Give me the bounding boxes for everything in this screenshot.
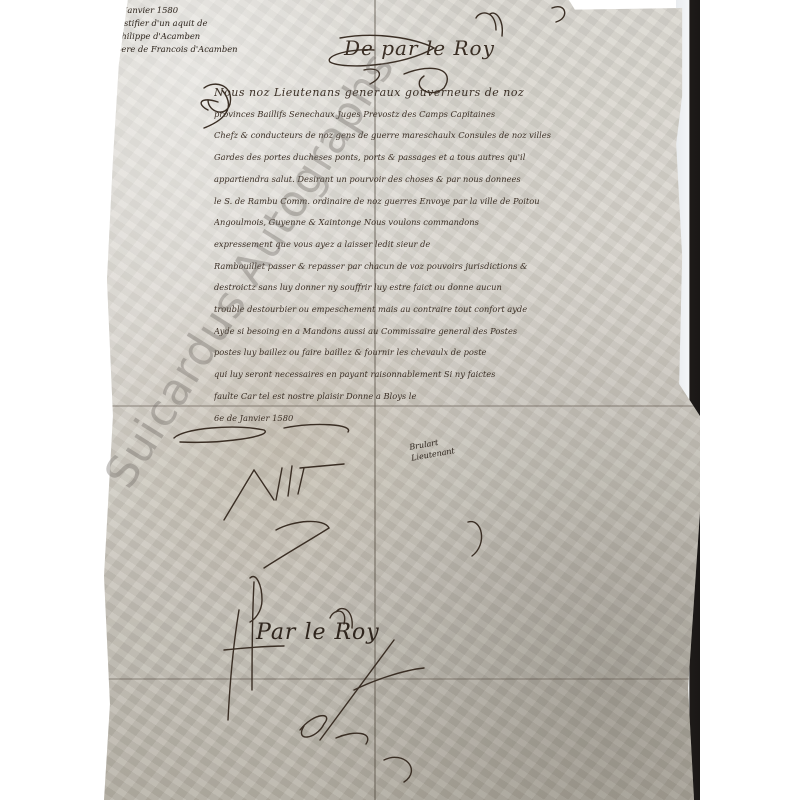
body-line: trouble destourbier ou empeschement mais… [214,299,684,321]
body-line: Ayde si besoing en a Mandons aussi au Co… [214,321,684,343]
body-line: provinces Baillifs Senechaux Juges Prevo… [214,104,684,126]
marginal-note: 6 Janvier 1580 justifier d'un aquit de p… [116,4,238,56]
body-line: Chefz & conducteurs de noz gens de guerr… [214,125,684,147]
body-line: Nous noz Lieutenans generaux gouverneurs… [214,82,684,104]
marginal-note-line: justifier d'un aquit de [116,17,238,30]
body-line: postes luy baillez ou faire baillez & fo… [214,342,684,364]
body-line: destroictz sans luy donner ny souffrir l… [214,277,684,299]
marginal-note-line: pere de Francois d'Acamben [116,43,238,56]
body-line: qui luy seront necessaires en payant rai… [214,364,684,386]
body-line: faulte Car tel est nostre plaisir Donne … [214,386,684,408]
countersign-par-le-roy: Par le Roy [256,620,380,645]
body-line: 6e de Janvier 1580 [214,408,684,430]
marginal-note-line: 6 Janvier 1580 [116,4,238,17]
marginal-note-line: philippe d'Acamben [116,30,238,43]
